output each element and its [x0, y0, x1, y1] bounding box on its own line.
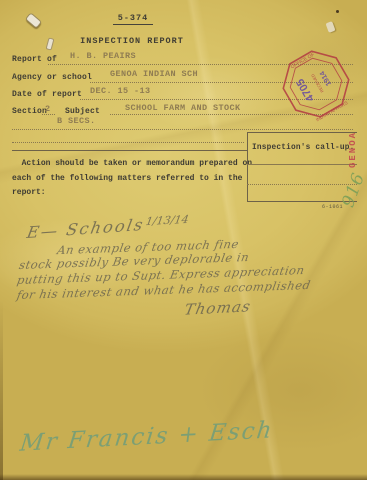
- scanned-inspection-report-page: 5-374 INSPECTION REPORT Report of H. B. …: [0, 0, 367, 480]
- callup-box-border: [247, 132, 248, 202]
- stamp-office-bottom-text: INDIAN AFFAIRS: [315, 100, 348, 122]
- page-title: INSPECTION REPORT: [12, 36, 252, 46]
- handwriting-date: 1/13/14: [145, 213, 190, 228]
- handwriting-signature: Thomas: [183, 297, 253, 318]
- callup-box-top-rule: [247, 132, 357, 133]
- section-value: 2: [45, 104, 51, 114]
- paper-edge-shadow: [0, 300, 3, 480]
- paper-speck: [336, 10, 339, 13]
- footer-handwritten-note: Mr Francis + Esch: [19, 417, 275, 456]
- form-number: 5-374: [113, 13, 153, 25]
- paper-chip-mark: [326, 21, 336, 33]
- office-of-indian-affairs-received-stamp: OFFICE OF INDIAN AFFAIRS 4705 RECEIVED 1…: [267, 34, 365, 133]
- section-rule: [42, 114, 55, 115]
- agency-value: GENOA INDIAN SCH: [110, 69, 198, 79]
- callup-label: Inspection's call-up.: [252, 144, 354, 152]
- date-label: Date of report: [12, 90, 82, 99]
- handwriting-heading: E— Schools: [25, 215, 146, 242]
- pencil-number: 916: [338, 170, 367, 210]
- callup-rule: [247, 164, 357, 165]
- subject-label: Subject: [65, 107, 100, 116]
- genoa-edge-stamp: GENOA: [348, 120, 358, 168]
- date-value: DEC. 15 -13: [90, 86, 151, 96]
- stamp-octagon: OFFICE OF INDIAN AFFAIRS 4705 RECEIVED 1…: [267, 34, 365, 133]
- blank-rule: [12, 142, 244, 143]
- stamp-year: 1914: [319, 70, 333, 87]
- callup-rule-dotted: [247, 184, 357, 185]
- agency-label: Agency or school: [12, 73, 92, 82]
- fastener-hole: [25, 12, 42, 29]
- subject-value: SCHOOL FARM AND STOCK: [125, 103, 241, 113]
- instruction-text: Action should be taken or memorandum pre…: [12, 157, 262, 201]
- subject-value-continued: B SECS.: [57, 116, 96, 126]
- report-of-label: Report of: [12, 55, 57, 64]
- report-of-value: H. B. PEAIRS: [70, 51, 136, 61]
- divider-rule: [12, 150, 247, 151]
- form-print-code: 6-1061: [322, 204, 343, 210]
